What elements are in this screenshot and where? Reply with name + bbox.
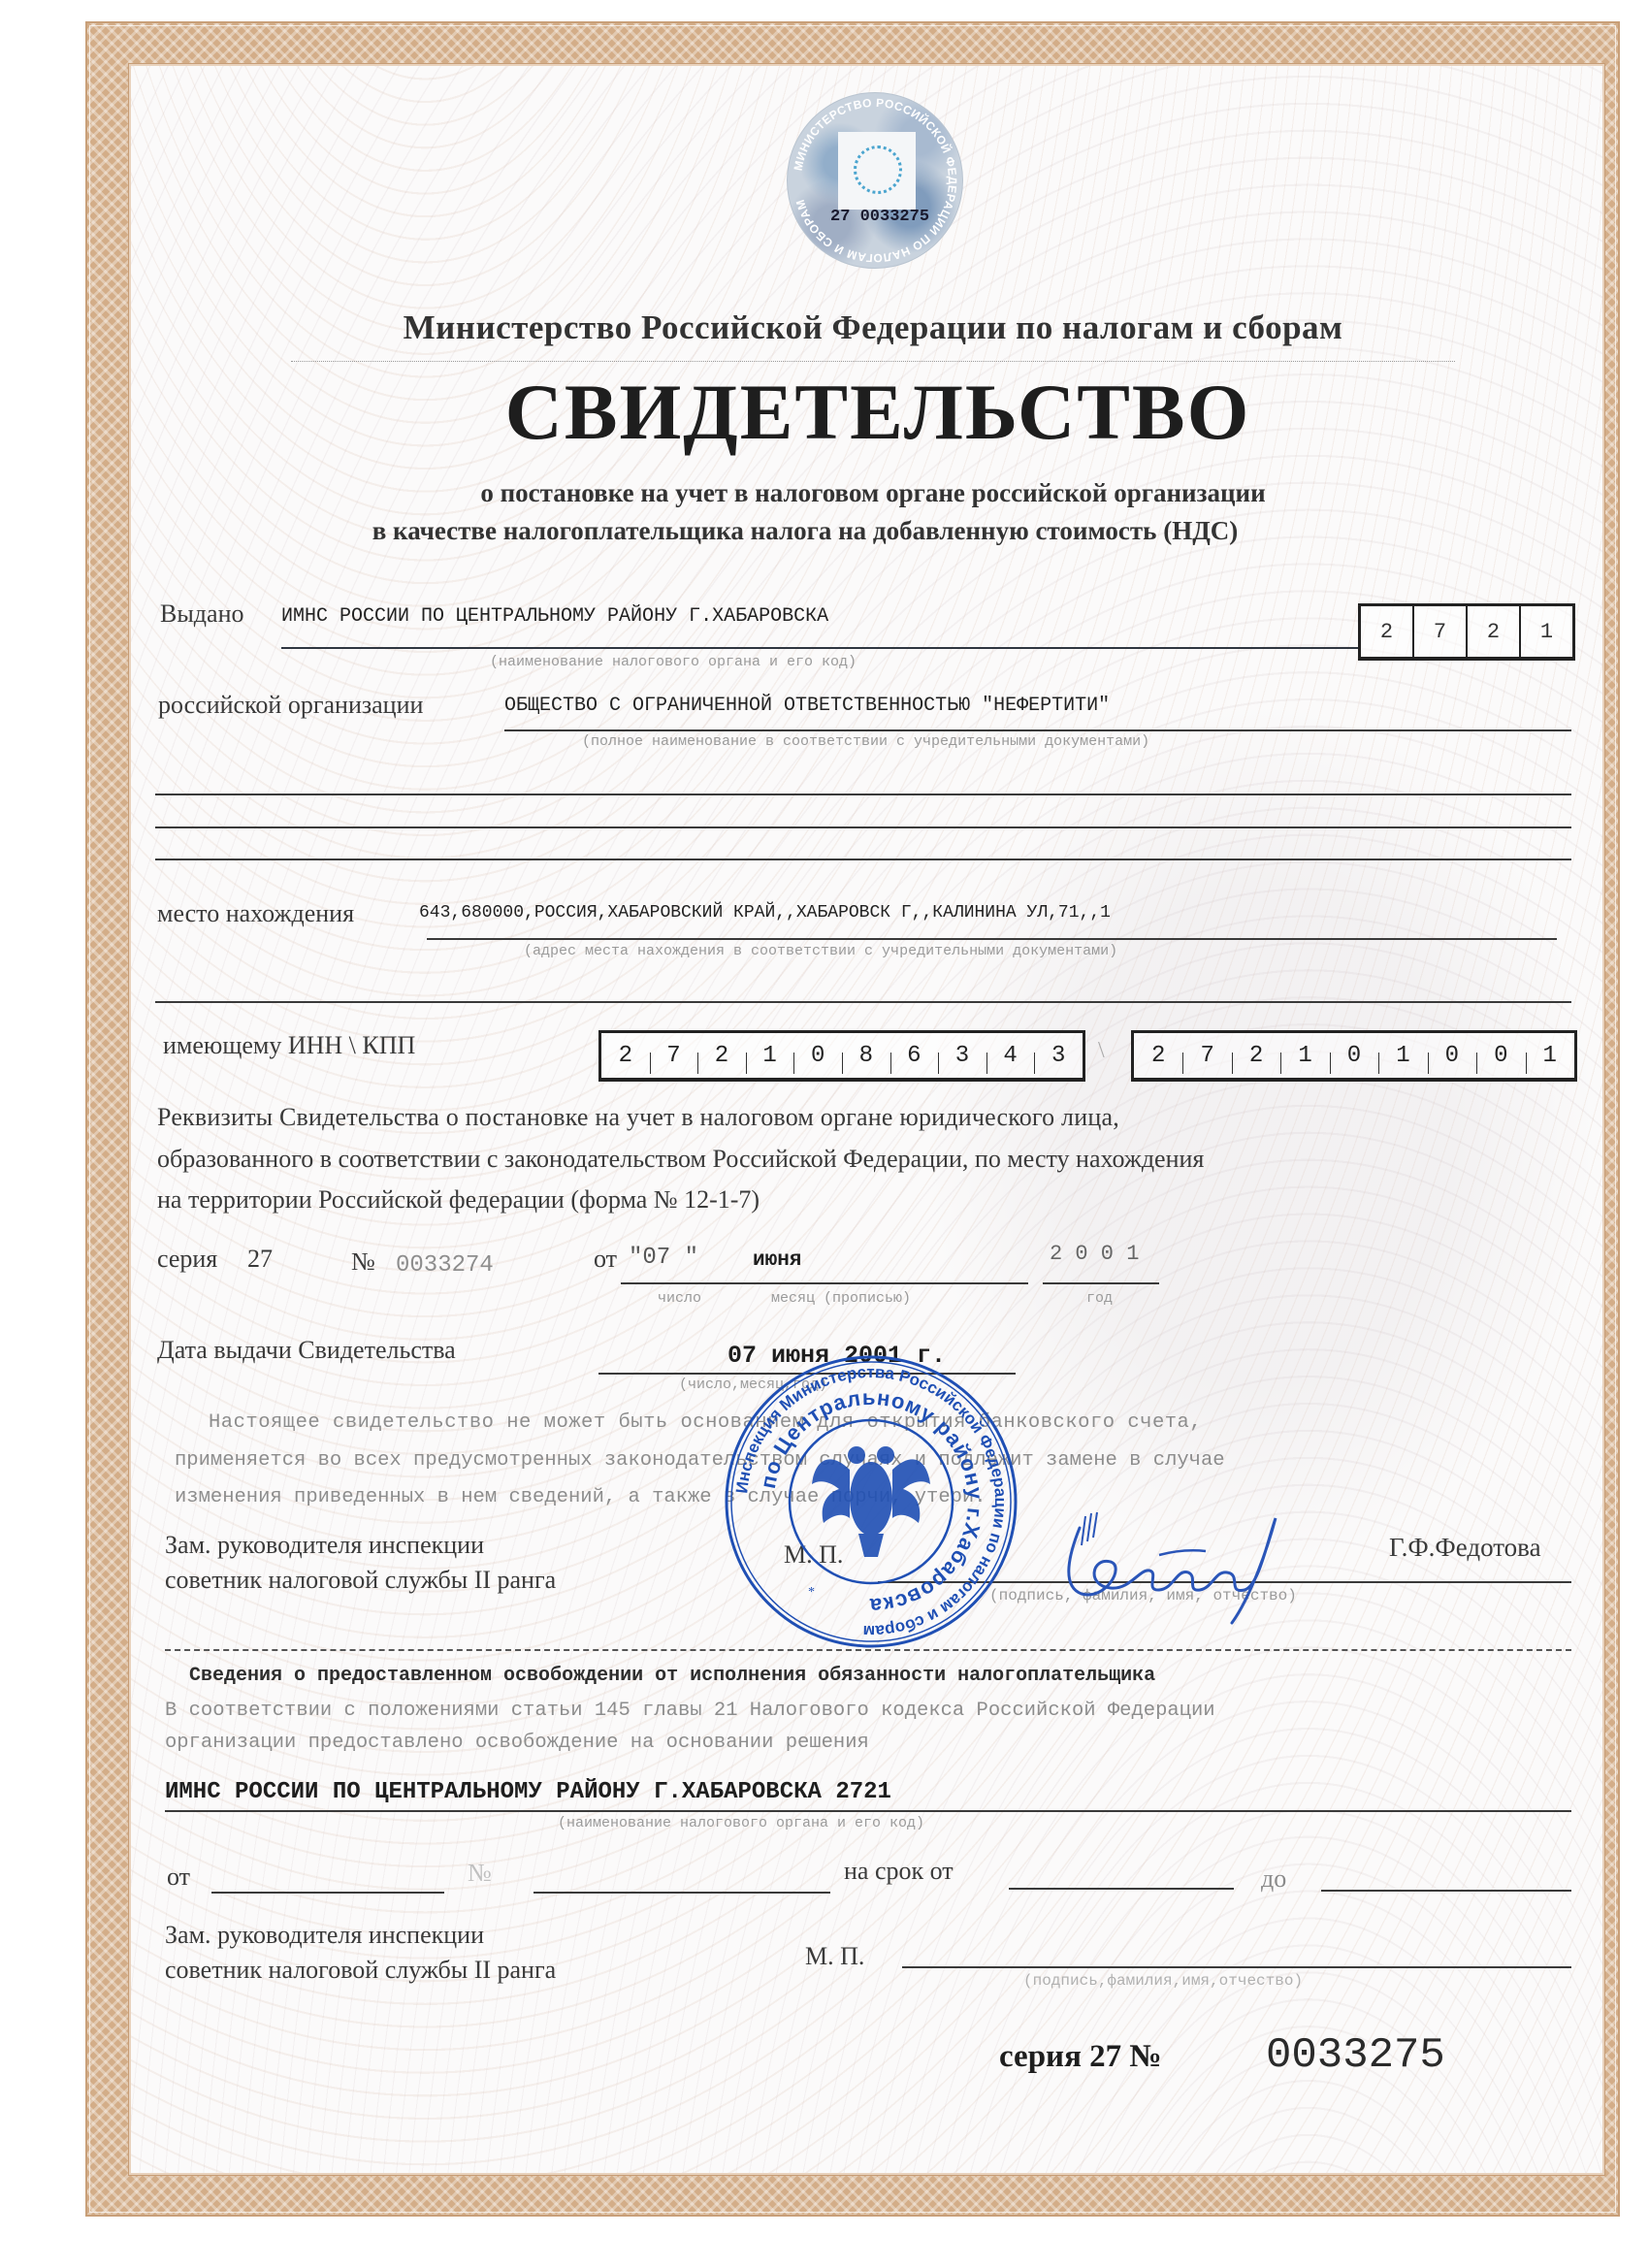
- inn-digit: 0: [793, 1033, 842, 1078]
- organization-caption: (полное наименование в соответствии с уч…: [582, 733, 1149, 750]
- exemption-from-label: от: [167, 1863, 190, 1892]
- number-value: 0033274: [396, 1252, 494, 1279]
- handwritten-signature: [1052, 1508, 1305, 1625]
- section-separator: [165, 1649, 1571, 1651]
- tax-authority-code-digit: 7: [1412, 606, 1466, 657]
- location-caption: (адрес места нахождения в соответствии с…: [524, 943, 1117, 959]
- kpp-digit: 0: [1330, 1033, 1378, 1078]
- location-line-2: [155, 1001, 1571, 1003]
- issued-by-value: ИМНС РОССИИ ПО ЦЕНТРАЛЬНОМУ РАЙОНУ Г.ХАБ…: [281, 605, 828, 628]
- exemption-heading: Сведения о предоставленном освобождении …: [189, 1665, 1155, 1687]
- exemption-line2: организации предоставлено освобождение н…: [165, 1732, 869, 1754]
- hologram-seal: МИНИСТЕРСТВО РОССИЙСКОЙ ФЕДЕРАЦИИ ПО НАЛ…: [788, 93, 962, 268]
- tax-authority-code-digit: 2: [1466, 606, 1519, 657]
- footer-series-label: серия 27 №: [999, 2039, 1162, 2075]
- day-caption: число: [658, 1290, 701, 1307]
- requisites-line3: на территории Российской федерации (форм…: [157, 1185, 760, 1215]
- inn-digit: 3: [938, 1033, 986, 1078]
- inn-digit: 6: [890, 1033, 939, 1078]
- hologram-number: 27 0033275: [830, 208, 929, 226]
- issued-by-caption: (наименование налогового органа и его ко…: [490, 654, 857, 670]
- exemption-term-from-field: [1009, 1888, 1234, 1890]
- organization-line: [504, 729, 1571, 731]
- requisites-line1: Реквизиты Свидетельства о постановке на …: [157, 1103, 1119, 1132]
- emblem-watermark: [921, 698, 1600, 1571]
- location-label: место нахождения: [157, 899, 354, 928]
- blank-line-3: [155, 859, 1571, 860]
- signatory2-caption: (подпись,фамилия,имя,отчество): [1023, 1972, 1303, 1990]
- signatory2-seal-label: М. П.: [805, 1942, 864, 1971]
- kpp-digit: 2: [1232, 1033, 1280, 1078]
- day-value: "07 ": [629, 1245, 698, 1271]
- exemption-number-label: №: [468, 1859, 492, 1888]
- year-line: [1043, 1282, 1159, 1284]
- exemption-authority-caption: (наименование налогового органа и его ко…: [558, 1815, 924, 1831]
- organization-label: российской организации: [158, 691, 423, 720]
- requisites-line2: образованного в соответствии с законодат…: [157, 1145, 1204, 1174]
- inn-digit: 8: [842, 1033, 890, 1078]
- location-value: 643,680000,РОССИЯ,ХАБАРОВСКИЙ КРАЙ,,ХАБА…: [419, 903, 1111, 923]
- subtitle-line2: в качестве налогоплательщика налога на д…: [0, 516, 1610, 546]
- signatory2-signature-line: [902, 1966, 1571, 1968]
- issued-by-line: [281, 647, 1360, 649]
- exemption-from-field: [211, 1892, 444, 1894]
- issued-by-label: Выдано: [160, 599, 244, 629]
- kpp-digit: 0: [1476, 1033, 1525, 1078]
- inn-digit: 7: [650, 1033, 698, 1078]
- year-caption: год: [1086, 1290, 1113, 1307]
- ministry-heading: Министерство Российской Федерации по нал…: [0, 308, 1649, 347]
- subtitle-line1: о постановке на учет в налоговом органе …: [0, 478, 1649, 508]
- signatory2-position-line1: Зам. руководителя инспекции: [165, 1921, 484, 1950]
- number-label: №: [351, 1247, 375, 1277]
- kpp-digit: 1: [1526, 1033, 1574, 1078]
- organization-value: ОБЩЕСТВО С ОГРАНИЧЕННОЙ ОТВЕТСТВЕННОСТЬЮ…: [504, 695, 1110, 717]
- inn-kpp-label: имеющему ИНН \ КПП: [163, 1031, 415, 1060]
- inn-digit: 2: [697, 1033, 746, 1078]
- signatory-position-line2: советник налоговой службы II ранга: [165, 1566, 556, 1595]
- signatory-position-line1: Зам. руководителя инспекции: [165, 1531, 484, 1560]
- inn-digit: 1: [746, 1033, 794, 1078]
- blank-line-1: [155, 794, 1571, 795]
- inn-digit: 3: [1034, 1033, 1083, 1078]
- footer-serial-number: 0033275: [1266, 2031, 1445, 2080]
- issue-date-label: Дата выдачи Свидетельства: [157, 1336, 456, 1365]
- inn-digit: 4: [986, 1033, 1035, 1078]
- certificate-title: СВИДЕТЕЛЬСТВО: [0, 367, 1649, 458]
- heading-rule: [291, 361, 1455, 363]
- series-label: серия: [157, 1245, 217, 1274]
- blank-line-2: [155, 826, 1571, 828]
- kpp-digit: 2: [1134, 1033, 1182, 1078]
- kpp-digit: 7: [1182, 1033, 1231, 1078]
- year-value: 2 0 0 1: [1050, 1242, 1139, 1266]
- month-caption: месяц (прописью): [771, 1290, 911, 1307]
- official-stamp: Инспекция Министерства Российской Федера…: [723, 1353, 1019, 1650]
- series-value: 27: [247, 1245, 273, 1274]
- svg-text:*: *: [808, 1585, 815, 1600]
- kpp-digit: 1: [1280, 1033, 1329, 1078]
- date-from-label: от: [594, 1245, 617, 1274]
- hologram-ring-text: МИНИСТЕРСТВО РОССИЙСКОЙ ФЕДЕРАЦИИ ПО НАЛ…: [788, 93, 962, 268]
- tax-authority-code-digit: 1: [1519, 606, 1572, 657]
- date-line: [621, 1282, 1028, 1284]
- kpp-digit: 0: [1428, 1033, 1476, 1078]
- signatory-name: Г.Ф.Федотова: [1389, 1533, 1541, 1563]
- exemption-authority: ИМНС РОССИИ ПО ЦЕНТРАЛЬНОМУ РАЙОНУ Г.ХАБ…: [165, 1779, 891, 1805]
- inn-box: 2721086343: [598, 1030, 1085, 1082]
- kpp-digit: 1: [1378, 1033, 1427, 1078]
- double-headed-eagle-icon: [812, 1446, 930, 1557]
- tax-authority-code-box: 2721: [1358, 603, 1575, 661]
- exemption-term-label: на срок от: [844, 1857, 954, 1886]
- inn-digit: 2: [601, 1033, 650, 1078]
- inn-kpp-separator: \: [1098, 1038, 1105, 1064]
- exemption-number-field: [533, 1892, 830, 1894]
- svg-text:МИНИСТЕРСТВО РОССИЙСКОЙ ФЕДЕРА: МИНИСТЕРСТВО РОССИЙСКОЙ ФЕДЕРАЦИИ ПО НАЛ…: [792, 96, 959, 265]
- tax-authority-code-digit: 2: [1361, 606, 1412, 657]
- exemption-term-to-field: [1321, 1890, 1571, 1892]
- notice-line1: Настоящее свидетельство не может быть ос…: [209, 1411, 1202, 1434]
- exemption-line1: В соответствии с положениями статьи 145 …: [165, 1700, 1215, 1722]
- signatory2-position-line2: советник налоговой службы II ранга: [165, 1956, 556, 1985]
- month-value: июня: [753, 1249, 801, 1272]
- location-line: [427, 938, 1557, 940]
- exemption-to-label: до: [1261, 1864, 1286, 1894]
- notice-line2: применяется во всех предусмотренных зако…: [175, 1449, 1225, 1472]
- exemption-authority-line: [165, 1810, 1571, 1812]
- kpp-box: 272101001: [1131, 1030, 1577, 1082]
